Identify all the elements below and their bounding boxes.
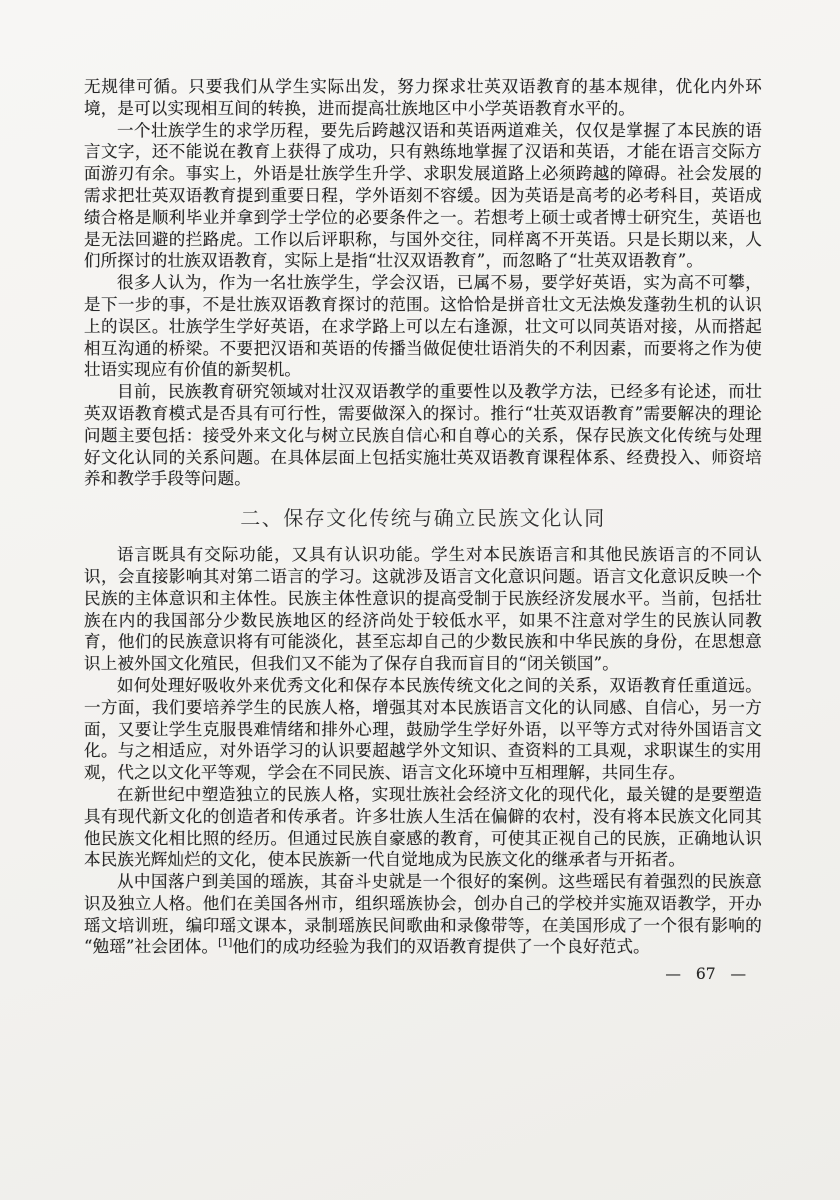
footnote-ref-marker: [1] bbox=[218, 938, 232, 949]
body-paragraph: 语言既具有交际功能，又具有认识功能。学生对本民族语言和其他民族语言的不同认识，会… bbox=[84, 544, 762, 675]
body-paragraph: 一个壮族学生的求学历程，要先后跨越汉语和英语两道难关，仅仅是掌握了本民族的语言文… bbox=[84, 120, 762, 273]
body-paragraph: 无规律可循。只要我们从学生实际出发，努力探求壮英双语教育的基本规律，优化内外环境… bbox=[84, 76, 762, 120]
body-paragraph: 目前，民族教育研究领域对壮汉双语教学的重要性以及教学方法，已经多有论述，而壮英双… bbox=[84, 381, 762, 490]
page-number: — 67 — bbox=[84, 965, 762, 983]
paragraph-text: 他们的成功经验为我们的双语教育提供了一个良好范式。 bbox=[232, 937, 650, 956]
section-heading: 二、保存文化传统与确立民族文化认同 bbox=[84, 503, 762, 533]
body-paragraph: 从中国落户到美国的瑶族，其奋斗史就是一个很好的案例。这些瑶民有着强烈的民族意识及… bbox=[84, 871, 762, 958]
body-paragraph: 在新世纪中塑造独立的民族人格，实现壮族社会经济文化的现代化，最关键的是要塑造具有… bbox=[84, 784, 762, 871]
text-column: 无规律可循。只要我们从学生实际出发，努力探求壮英双语教育的基本规律，优化内外环境… bbox=[84, 76, 762, 983]
body-paragraph: 如何处理好吸收外来优秀文化和保存本民族传统文化之间的关系，双语教育任重道远。一方… bbox=[84, 675, 762, 784]
scanned-page: 无规律可循。只要我们从学生实际出发，努力探求壮英双语教育的基本规律，优化内外环境… bbox=[0, 0, 840, 1200]
body-paragraph: 很多人认为，作为一名壮族学生，学会汉语，已属不易，要学好英语，实为高不可攀，是下… bbox=[84, 272, 762, 381]
